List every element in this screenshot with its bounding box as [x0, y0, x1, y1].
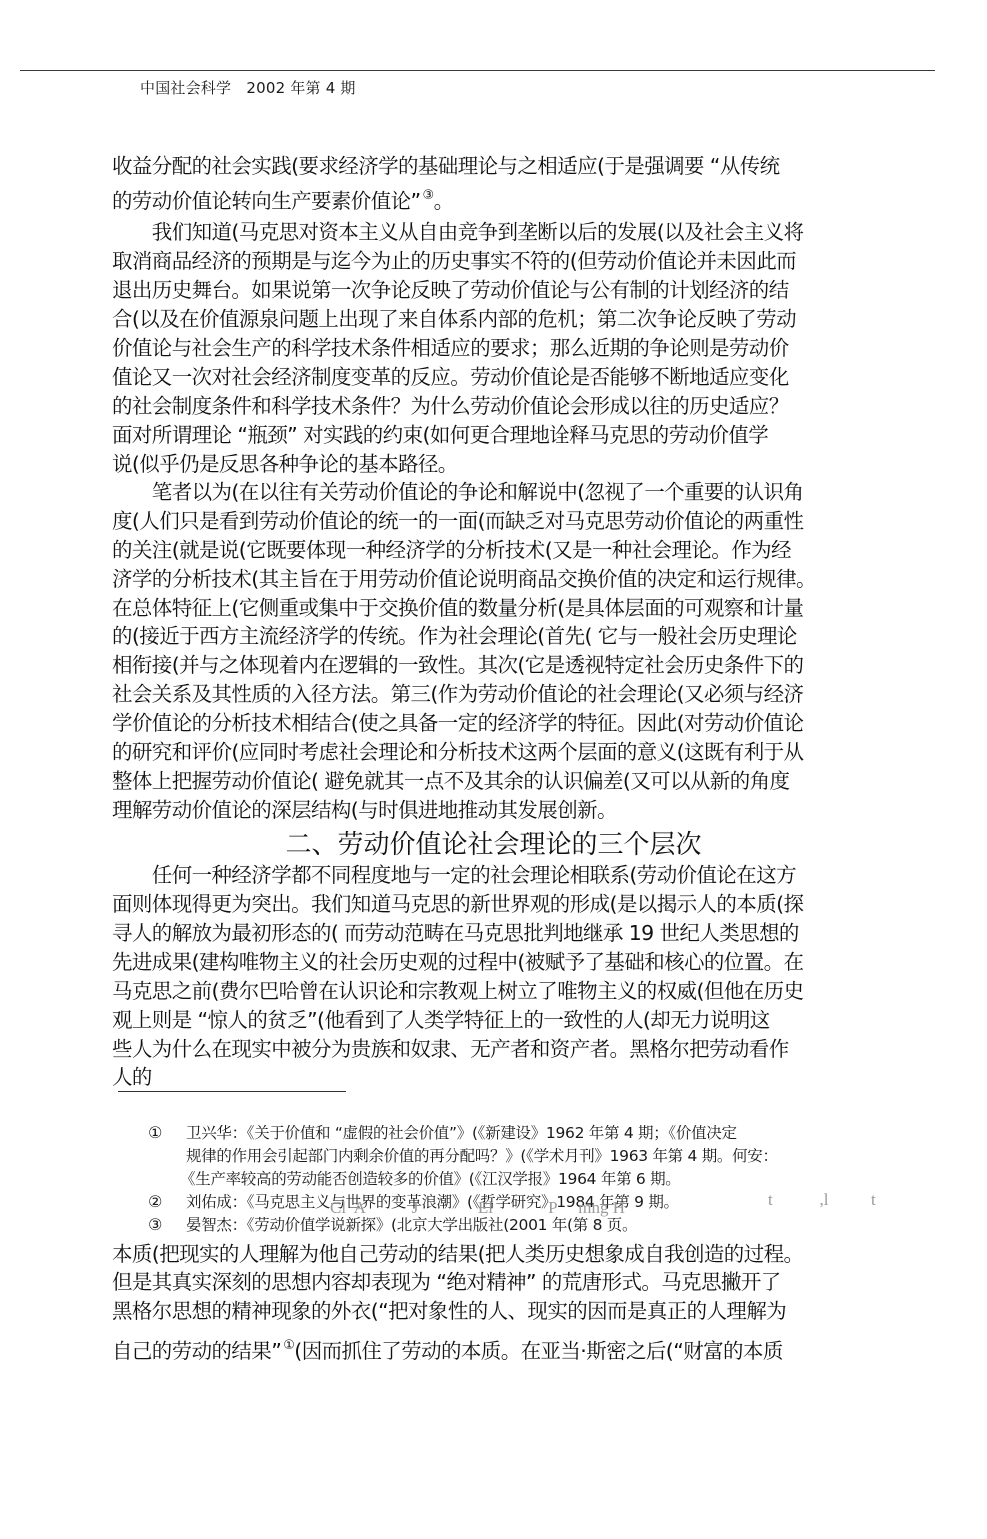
body-line: 度(人们只是看到劳动价值论的统一的一面(而缺乏对马克思劳动价值论的两重性: [112, 507, 803, 536]
footnote-1-line: 规律的作用会引起部门内剩余价值的再分配吗？》(《学术月刊》1963 年第 4 期…: [186, 1145, 778, 1168]
body-line: 但是其真实深刻的思想内容却表现为 “绝对精神” 的荒唐形式。马克思撇开了: [112, 1268, 781, 1297]
body-line: 理解劳动价值论的深层结构(与时俱进地推动其发展创新。: [112, 796, 617, 825]
body-line: 合(以及在价值源泉问题上出现了来自体系内部的危机；第二次争论反映了劳动: [112, 305, 796, 334]
body-line: 社会关系及其性质的入径方法。第三(作为劳动价值论的社会理论(又必须与经济: [112, 680, 803, 709]
body-line: 整体上把握劳动价值论( 避免就其一点不及其余的认识偏差(又可以从新的角度: [112, 767, 789, 796]
footnote-1-line: 卫兴华：《关于价值和 “虚假的社会价值”》(《新建设》1962 年第 4 期；《…: [186, 1122, 737, 1145]
body-line: 退出历史舞台。如果说第一次争论反映了劳动价值论与公有制的计划经济的结: [112, 276, 789, 305]
footnote-marker-3: ③: [148, 1215, 162, 1234]
body-line: 任何一种经济学都不同程度地与一定的社会理论相联系(劳动价值论在这方: [112, 861, 796, 890]
body-line: 寻人的解放为最初形态的( 而劳动范畴在马克思批判地继承 19 世纪人类思想的: [112, 919, 799, 948]
body-line: 自己的劳动的结果”①(因而抓住了劳动的本质。在亚当·斯密之后(“财富的本质: [112, 1331, 783, 1366]
body-line: 学价值论的分析技术相结合(使之具备一定的经济学的特征。因此(对劳动价值论: [112, 709, 803, 738]
footnote-marker-1: ①: [148, 1123, 162, 1142]
body-line: 的研究和评价(应同时考虑社会理论和分析技术这两个层面的意义(这既有利于从: [112, 738, 803, 767]
body-line: 笔者以为(在以往有关劳动价值论的争论和解说中(忽视了一个重要的认识角: [112, 478, 803, 507]
body-line: 我们知道(马克思对资本主义从自由竞争到垄断以后的发展(以及社会主义将: [112, 218, 803, 247]
body-line: 在总体特征上(它侧重或集中于交换价值的数量分析(是具体层面的可观察和计量: [112, 594, 803, 623]
body-line: 本质(把现实的人理解为他自己劳动的结果(把人类历史想象成自我创造的过程。: [112, 1240, 803, 1269]
footnote-marker-2: ②: [148, 1192, 162, 1211]
body-line: 取消商品经济的预期是与迄今为止的历史事实不符的(但劳动价值论并未因此而: [112, 247, 796, 276]
body-line-tail: (因而抓住了劳动的本质。在亚当·斯密之后(“财富的本质: [294, 1339, 782, 1363]
body-line: 面则体现得更为突出。我们知道马克思的新世界观的形成(是以揭示人的本质(探: [112, 890, 803, 919]
footnote-ref-3[interactable]: ③: [423, 188, 434, 203]
body-line: 值论又一次对社会经济制度变革的反应。劳动价值论是否能够不断地适应变化: [112, 363, 789, 392]
body-line: 面对所谓理论 “瓶颈” 对实践的约束(如何更合理地诠释马克思的劳动价值学: [112, 421, 768, 450]
footnote-ref-1[interactable]: ①: [283, 1338, 294, 1353]
footnote-separator: [118, 1091, 346, 1092]
footnote-1-line: 《生产率较高的劳动能否创造较多的价值》(《江汉学报》1964 年第 6 期。: [180, 1168, 681, 1191]
body-line: 的关注(就是说(它既要体现一种经济学的分析技术(又是一种社会理论。作为经: [112, 536, 791, 565]
body-line: 黑格尔思想的精神现象的外衣(“把对象性的人、现实的因而是真正的人理解为: [112, 1297, 786, 1326]
body-line: 些人为什么在现实中被分为贵族和奴隶、无产者和资产者。黑格尔把劳动看作: [112, 1035, 789, 1064]
body-line-text: 自己的劳动的结果”: [112, 1339, 281, 1363]
body-line: 先进成果(建构唯物主义的社会历史观的过程中(被赋予了基础和核心的位置。在: [112, 948, 803, 977]
scan-artifact-text: t ,l t: [768, 1190, 876, 1210]
header-rule: [20, 70, 935, 71]
body-line-text: 的劳动价值论转向生产要素价值论”: [112, 189, 421, 213]
body-line: 价值论与社会生产的科学技术条件相适应的要求；那么近期的争论则是劳动价: [112, 334, 789, 363]
body-line: 人的: [112, 1063, 152, 1092]
body-line: 的(接近于西方主流经济学的传统。作为社会理论(首先( 它与一般社会历史理论: [112, 622, 797, 651]
body-line: 的社会制度条件和科学技术条件？为什么劳动价值论会形成以往的历史适应？: [112, 392, 789, 421]
body-line: 观上则是 “惊人的贫乏”(他看到了人类学特征上的一致性的人(却无力说明这: [112, 1006, 770, 1035]
section-heading: 二、劳动价值论社会理论的三个层次: [0, 824, 987, 861]
body-line-tail: 。: [434, 189, 454, 213]
body-line: 的劳动价值论转向生产要素价值论”③。: [112, 181, 454, 216]
body-line: 收益分配的社会实践(要求经济学的基础理论与之相适应(于是强调要 “从传统: [112, 152, 780, 181]
body-line: 说(似乎仍是反思各种争论的基本路径。: [112, 450, 458, 479]
running-head: 中国社会科学 2002 年第 4 期: [140, 77, 356, 98]
body-line: 济学的分析技术(其主旨在于用劳动价值论说明商品交换价值的决定和运行规律。: [112, 565, 816, 594]
scan-artifact-text: Cl A J El P mng H: [330, 1198, 625, 1218]
body-line: 相衔接(并与之体现着内在逻辑的一致性。其次(它是透视特定社会历史条件下的: [112, 651, 803, 680]
body-line: 马克思之前(费尔巴哈曾在认识论和宗教观上树立了唯物主义的权威(但他在历史: [112, 977, 803, 1006]
